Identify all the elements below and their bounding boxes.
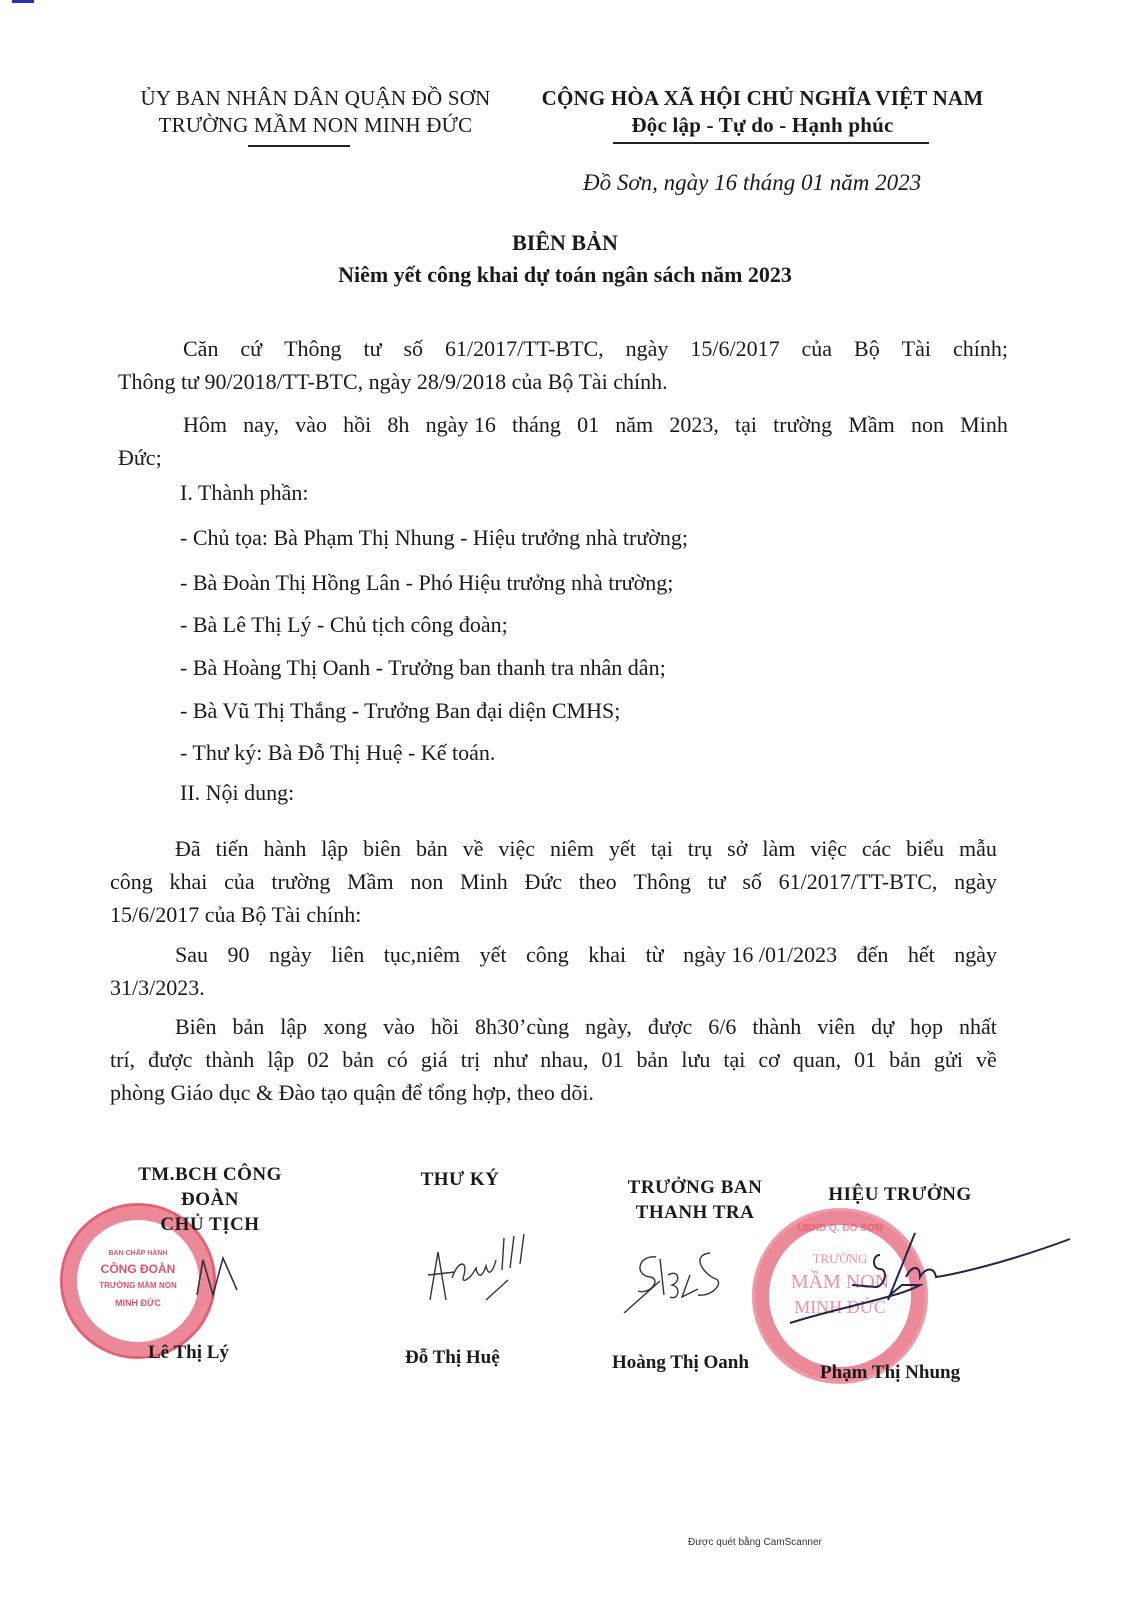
word: làm xyxy=(762,832,795,865)
word: trí, xyxy=(110,1043,135,1076)
word: của xyxy=(224,865,255,898)
place-date: Đồ Sơn, ngày 16 tháng 01 năm 2023 xyxy=(583,170,921,196)
word: ngày 16 xyxy=(426,408,496,441)
word: Minh xyxy=(960,408,1008,441)
word: Bộ xyxy=(854,332,880,365)
word: cơ xyxy=(758,1043,779,1076)
signatory-name: Phạm Thị Nhung xyxy=(820,1362,960,1384)
posting-line-2: 31/3/2023. xyxy=(110,971,997,1004)
word: các xyxy=(862,832,891,865)
word: được xyxy=(648,1010,692,1043)
issuing-authority: ỦY BAN NHÂN DÂN QUẬN ĐỒ SƠN TRƯỜNG MẦM N… xyxy=(133,85,498,139)
word: vào xyxy=(295,408,327,441)
closing-line-3: phòng Giáo dục & Đào tạo quận để tổng hợ… xyxy=(110,1076,997,1109)
national-motto: CỘNG HÒA XÃ HỘI CHỦ NGHĨA VIỆT NAM Độc l… xyxy=(525,85,1000,139)
signature-pham-thi-nhung xyxy=(780,1225,1080,1335)
word: thành xyxy=(205,1043,254,1076)
word: công xyxy=(110,865,153,898)
word: đến xyxy=(857,938,889,971)
signatory-name: Hoàng Thị Oanh xyxy=(612,1352,749,1374)
document-subtitle: Niêm yết công khai dự toán ngân sách năm… xyxy=(0,262,1130,288)
word: Đã xyxy=(175,832,201,865)
content-line-3: 15/6/2017 của Bộ Tài chính: xyxy=(110,898,997,931)
signature-title-line: HIỆU TRƯỞNG xyxy=(800,1182,1000,1207)
word: ngày xyxy=(626,332,669,365)
word: 6/6 xyxy=(708,1010,736,1043)
content-paragraph: Đãtiếnhànhlậpbiênbảnvềviệcniêmyếttạitrụs… xyxy=(110,832,997,931)
word: việc xyxy=(810,832,847,865)
word: việc xyxy=(498,832,535,865)
word: yết xyxy=(609,832,636,865)
word: trường xyxy=(773,408,832,441)
word: lập xyxy=(267,1043,294,1076)
word: trường xyxy=(271,865,330,898)
word: gửi xyxy=(934,1043,963,1076)
signature-title: TM.BCH CÔNGĐOÀNCHỦ TỊCH xyxy=(100,1162,320,1237)
word: lập xyxy=(280,1010,307,1043)
word: giá xyxy=(421,1043,448,1076)
word: 90 xyxy=(227,938,249,971)
word: bản xyxy=(233,1010,265,1043)
signature-title-line: ĐOÀN xyxy=(100,1187,320,1212)
word: hồi xyxy=(431,1010,459,1043)
word: tư xyxy=(363,332,381,365)
signature-title-line: TM.BCH CÔNG xyxy=(100,1162,320,1187)
word: hết xyxy=(908,938,935,971)
word: số xyxy=(742,865,762,898)
word: tại xyxy=(651,832,673,865)
word: sở xyxy=(727,832,747,865)
word: 61/2017/TT-BTC, xyxy=(445,332,604,365)
posting-line-1: Sau90ngàyliêntục,niêmyếtcôngkhaitừngày 1… xyxy=(110,938,997,971)
word: khai xyxy=(170,865,208,898)
word: Tài xyxy=(902,332,931,365)
posting-paragraph: Sau90ngàyliêntục,niêmyếtcôngkhaitừngày 1… xyxy=(110,938,997,1004)
word: về xyxy=(463,832,484,865)
signature-title-line: TRƯỞNG BAN xyxy=(605,1175,785,1200)
word: 61/2017/TT-BTC, xyxy=(779,865,938,898)
scan-corner-mark xyxy=(12,0,34,3)
word: mẫu xyxy=(959,832,997,865)
word: 02 xyxy=(307,1043,329,1076)
word: cứ xyxy=(240,332,262,365)
word: 01 xyxy=(577,408,599,441)
word: lập xyxy=(321,832,348,865)
word: 01 xyxy=(854,1043,876,1076)
word: số xyxy=(403,332,423,365)
signature-title-line: THƯ KÝ xyxy=(385,1167,535,1192)
word: biểu xyxy=(906,832,944,865)
word: hồi xyxy=(343,408,371,441)
word: bản xyxy=(889,1043,921,1076)
word: Mầm xyxy=(347,865,393,898)
word: 15/6/2017 xyxy=(690,332,779,365)
authority-underline xyxy=(248,145,350,147)
signature-title: TRƯỞNG BANTHANH TRA xyxy=(605,1175,785,1225)
word: ngày 16 /01/2023 xyxy=(683,938,837,971)
word: hành xyxy=(264,832,307,865)
signature-le-thi-ly xyxy=(185,1240,255,1310)
word: Sau xyxy=(175,938,208,971)
signature-do-thi-hue xyxy=(420,1230,540,1310)
word: ngày xyxy=(954,865,997,898)
word: liên xyxy=(331,938,364,971)
word: ngày xyxy=(954,938,997,971)
word: Hôm xyxy=(183,408,227,441)
motto-underline xyxy=(613,142,929,144)
member-item: - Bà Vũ Thị Thắng - Trưởng Ban đại diện … xyxy=(180,698,620,724)
legal-basis-paragraph: CăncứThôngtưsố61/2017/TT-BTC,ngày15/6/20… xyxy=(118,332,1008,398)
country-name: CỘNG HÒA XÃ HỘI CHỦ NGHĨA VIỆT NAM xyxy=(525,85,1000,112)
member-item: - Bà Hoàng Thị Oanh - Trưởng ban thanh t… xyxy=(180,655,666,681)
opening-line-2: Đức; xyxy=(118,441,1008,474)
word: lưu xyxy=(681,1043,710,1076)
word: nay, xyxy=(243,408,279,441)
word: Minh xyxy=(460,865,508,898)
word: bản xyxy=(342,1043,374,1076)
word: vào xyxy=(383,1010,415,1043)
closing-paragraph: Biênbảnlậpxongvàohồi8h30’cùngngày,được6/… xyxy=(110,1010,997,1109)
word: có xyxy=(387,1043,408,1076)
word: được xyxy=(148,1043,192,1076)
authority-line-1: ỦY BAN NHÂN DÂN QUẬN ĐỒ SƠN xyxy=(133,85,498,112)
content-line-1: Đãtiếnhànhlậpbiênbảnvềviệcniêmyếttạitrụs… xyxy=(110,832,997,865)
word: Đức xyxy=(524,865,562,898)
word: như xyxy=(493,1043,527,1076)
word: niêm xyxy=(550,832,594,865)
word: quan, xyxy=(793,1043,841,1076)
word: ngày, xyxy=(585,1010,632,1043)
word: bản xyxy=(637,1043,669,1076)
word: tháng xyxy=(512,408,561,441)
word: tại xyxy=(723,1043,745,1076)
member-item: - Bà Đoàn Thị Hồng Lân - Phó Hiệu trưởng… xyxy=(180,570,673,596)
word: non xyxy=(911,408,944,441)
opening-line-1: Hômnay,vàohồi8hngày 16tháng01năm2023,tại… xyxy=(118,408,1008,441)
word: bản xyxy=(416,832,448,865)
signature-hoang-thi-oanh xyxy=(620,1245,730,1325)
word: ngày xyxy=(269,938,312,971)
word: Căn xyxy=(183,332,218,365)
motto: Độc lập - Tự do - Hạnh phúc xyxy=(525,112,1000,139)
word: về xyxy=(976,1043,997,1076)
member-item: - Chủ tọa: Bà Phạm Thị Nhung - Hiệu trưở… xyxy=(180,525,688,551)
word: trụ xyxy=(688,832,712,865)
scanner-watermark: Được quét bằng CamScanner xyxy=(688,1537,822,1548)
signature-title: HIỆU TRƯỞNG xyxy=(800,1182,1000,1207)
word: theo xyxy=(579,865,617,898)
word: nhau, xyxy=(540,1043,588,1076)
word: tư xyxy=(708,865,726,898)
word: tục,niêm xyxy=(384,938,460,971)
legal-basis-line-1: CăncứThôngtưsố61/2017/TT-BTC,ngày15/6/20… xyxy=(118,332,1008,365)
word: 01 xyxy=(602,1043,624,1076)
word: biên xyxy=(363,832,401,865)
signature-title: THƯ KÝ xyxy=(385,1167,535,1192)
word: 8h30’cùng xyxy=(475,1010,569,1043)
member-item: - Bà Lê Thị Lý - Chủ tịch công đoàn; xyxy=(180,612,508,638)
word: của xyxy=(802,332,833,365)
signatory-name: Đỗ Thị Huệ xyxy=(405,1347,500,1369)
word: nhất xyxy=(959,1010,997,1043)
section-2-heading: II. Nội dung: xyxy=(180,780,294,806)
closing-line-2: trí,đượcthànhlập02bảncógiátrịnhưnhau,01b… xyxy=(110,1043,997,1076)
content-line-2: côngkhaicủatrườngMầmnonMinhĐứctheoThôngt… xyxy=(110,865,997,898)
word: 2023, xyxy=(669,408,719,441)
signatory-name: Lê Thị Lý xyxy=(148,1342,229,1364)
word: viên xyxy=(817,1010,855,1043)
signature-title-line: THANH TRA xyxy=(605,1200,785,1225)
word: tiến xyxy=(216,832,249,865)
word: Biên xyxy=(175,1010,217,1043)
word: họp xyxy=(910,1010,943,1043)
word: non xyxy=(410,865,443,898)
legal-basis-line-2: Thông tư 90/2018/TT-BTC, ngày 28/9/2018 … xyxy=(118,365,1008,398)
member-item: - Thư ký: Bà Đỗ Thị Huệ - Kế toán. xyxy=(180,740,495,766)
word: xong xyxy=(323,1010,367,1043)
word: thành xyxy=(752,1010,801,1043)
word: dự xyxy=(871,1010,894,1043)
section-1-heading: I. Thành phần: xyxy=(180,480,309,506)
word: năm xyxy=(615,408,653,441)
authority-line-2: TRƯỜNG MẦM NON MINH ĐỨC xyxy=(133,112,498,139)
word: trị xyxy=(461,1043,481,1076)
opening-paragraph: Hômnay,vàohồi8hngày 16tháng01năm2023,tại… xyxy=(118,408,1008,474)
word: khai xyxy=(588,938,626,971)
word: công xyxy=(526,938,569,971)
word: từ xyxy=(646,938,664,971)
closing-line-1: Biênbảnlậpxongvàohồi8h30’cùngngày,được6/… xyxy=(110,1010,997,1043)
word: 8h xyxy=(387,408,409,441)
word: chính; xyxy=(953,332,1008,365)
word: Thông xyxy=(284,332,341,365)
document-title: BIÊN BẢN xyxy=(0,230,1130,256)
word: Thông xyxy=(633,865,690,898)
word: yết xyxy=(480,938,507,971)
word: tại xyxy=(735,408,757,441)
word: Mầm xyxy=(848,408,894,441)
signature-title-line: CHỦ TỊCH xyxy=(100,1212,320,1237)
